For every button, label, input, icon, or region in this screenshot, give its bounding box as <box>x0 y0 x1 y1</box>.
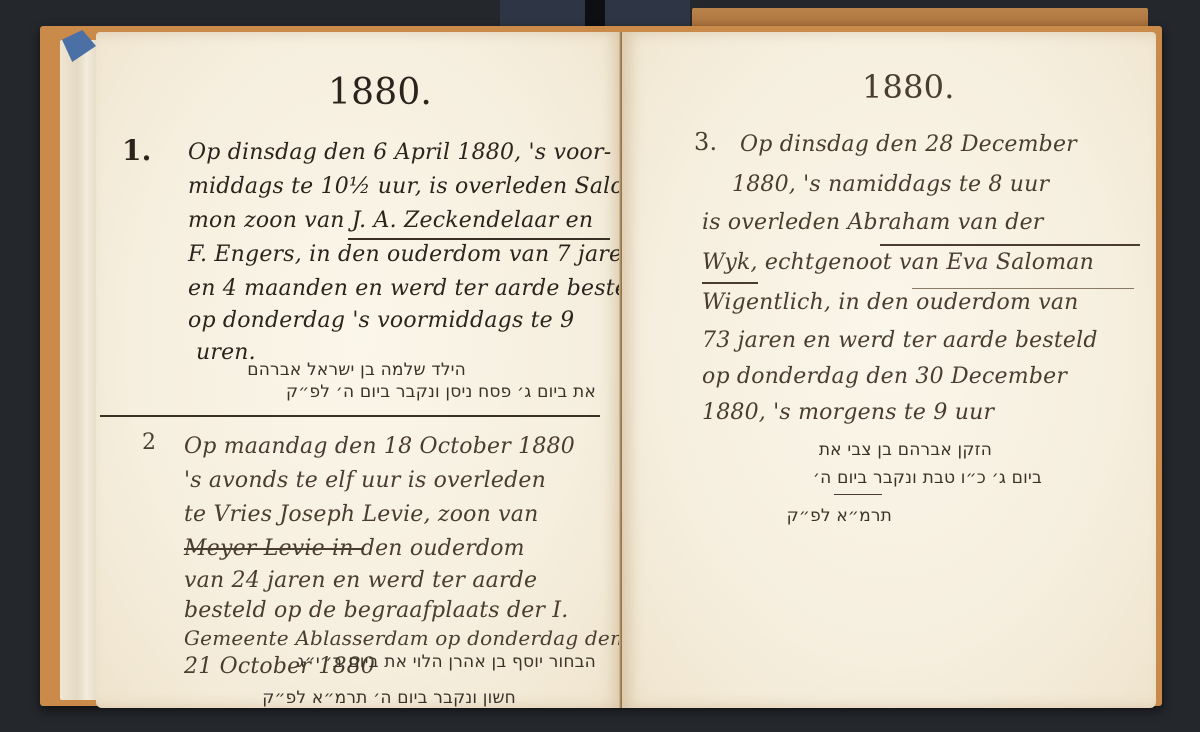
entry-line: besteld op de begraafplaats der I. <box>184 598 568 623</box>
entry-line: en 4 maanden en werd ter aarde besteld, <box>188 276 657 301</box>
entry-line: Wyk, echtgenoot van Eva Saloman <box>702 250 1094 275</box>
page-header-year: 1880. <box>862 68 955 106</box>
entry-divider <box>100 415 600 417</box>
entry-line: F. Engers, in den ouderdom van 7 jaren <box>188 242 637 267</box>
underline <box>880 244 1140 246</box>
entry-line: 1880, 's namiddags te 8 uur <box>732 172 1049 197</box>
hebrew-line: הילד שלמה בן ישראל אברהם <box>266 360 466 380</box>
page-header-year: 1880. <box>328 72 432 113</box>
entry-line: Op dinsdag den 28 December <box>740 132 1077 157</box>
entry-line: op donderdag 's voormiddags te 9 <box>188 308 574 333</box>
underline <box>348 238 610 240</box>
underline <box>912 288 1134 289</box>
left-page: 1880. 1. Op dinsdag den 6 April 1880, 's… <box>96 32 622 708</box>
entry-line: Op maandag den 18 October 1880 <box>184 434 575 459</box>
entry-line: mon zoon van J. A. Zeckendelaar en <box>188 208 593 233</box>
entry-line: is overleden Abraham van der <box>702 210 1044 235</box>
entry-line: te Vries Joseph Levie, zoon van <box>184 502 538 527</box>
entry-line: Op dinsdag den 6 April 1880, 's voor- <box>188 140 611 165</box>
entry-line: van 24 jaren en werd ter aarde <box>184 568 537 593</box>
hebrew-line: ביום ג׳ כ״ו טבת ונקבר ביום ה׳ <box>702 468 1042 488</box>
entry-line: Wigentlich, in den ouderdom van <box>702 290 1079 315</box>
hebrew-line: חשון ונקבר ביום ה׳ תרמ״א לפ״ק <box>136 688 516 708</box>
entry-number: 3. <box>694 128 717 156</box>
hebrew-line: הבחור יוסף בן אהרן הלוי את ביום ב׳ י״ג <box>136 652 596 672</box>
underline <box>834 494 882 495</box>
entry-line: 1880, 's morgens te 9 uur <box>702 400 994 425</box>
entry-line: op donderdag den 30 December <box>702 364 1067 389</box>
entry-line: middags te 10½ uur, is overleden Salo- <box>188 174 632 199</box>
right-page: 1880. 3. Op dinsdag den 28 December 1880… <box>622 32 1156 708</box>
underline <box>702 282 758 284</box>
entry-number: 1. <box>122 134 152 167</box>
entry-line: 73 jaren en werd ter aarde besteld <box>702 328 1098 353</box>
entry-number: 2 <box>142 430 156 455</box>
backdrop-clip <box>585 0 605 28</box>
hebrew-line: הזקן אברהם בן צבי את <box>712 440 992 460</box>
entry-line: 's avonds te elf uur is overleden <box>184 468 546 493</box>
hebrew-line: את ביום ג׳ פסח ניסן ונקבר ביום ה׳ לפ״ק <box>136 382 596 402</box>
hebrew-line: תרמ״א לפ״ק <box>772 506 892 526</box>
entry-line: Gemeente Ablasserdam op donderdag den <box>184 626 623 650</box>
underline <box>184 548 364 550</box>
